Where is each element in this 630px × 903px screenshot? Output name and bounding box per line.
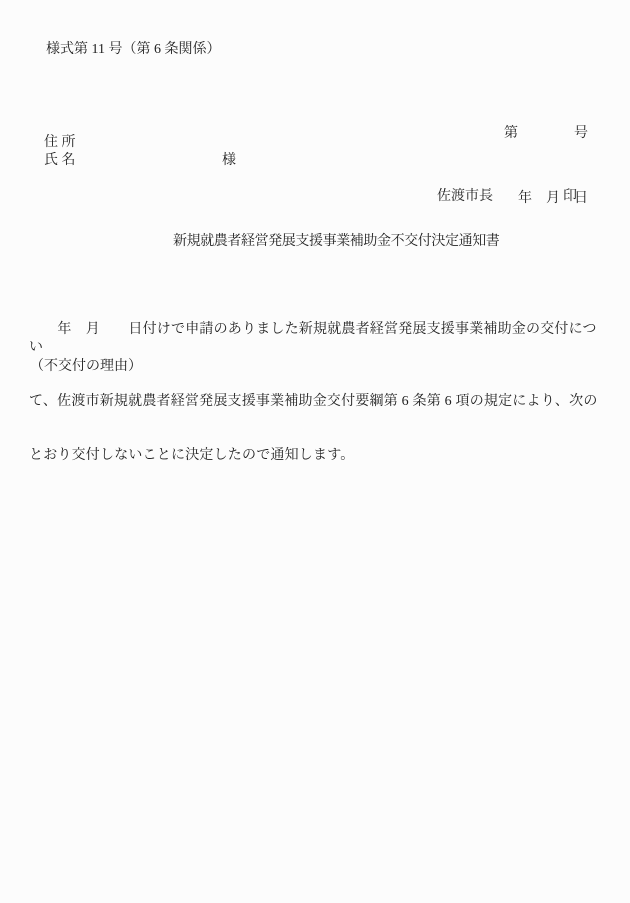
reference-block: 第 号 年 月 日 — [504, 80, 588, 252]
form-number: 様式第 11 号（第 6 条関係） — [46, 41, 220, 58]
name-label: 氏 名 — [44, 152, 76, 169]
document-page: 様式第 11 号（第 6 条関係） 第 号 年 月 日 住 所 氏 名 様 佐渡… — [0, 0, 630, 903]
body-line: とおり交付しないことに決定したので通知します。 — [29, 447, 609, 465]
rejection-reason-label: （不交付の理由） — [30, 358, 142, 375]
mayor-and-seal-line: 佐渡市長 印 — [437, 188, 577, 205]
document-title: 新規就農者経営発展支援事業補助金不交付決定通知書 — [173, 233, 499, 250]
address-label: 住 所 — [44, 134, 76, 151]
reference-number: 第 号 — [504, 123, 588, 145]
body-line: 年 月 日付けで申請のありました新規就農者経営発展支援事業補助金の交付につい — [29, 321, 609, 357]
body-line: て、佐渡市新規就農者経営発展支援事業補助金交付要綱第 6 条第 6 項の規定によ… — [29, 393, 609, 411]
body-paragraph: 年 月 日付けで申請のありました新規就農者経営発展支援事業補助金の交付につい て… — [29, 285, 609, 501]
honorific-label: 様 — [222, 152, 236, 169]
